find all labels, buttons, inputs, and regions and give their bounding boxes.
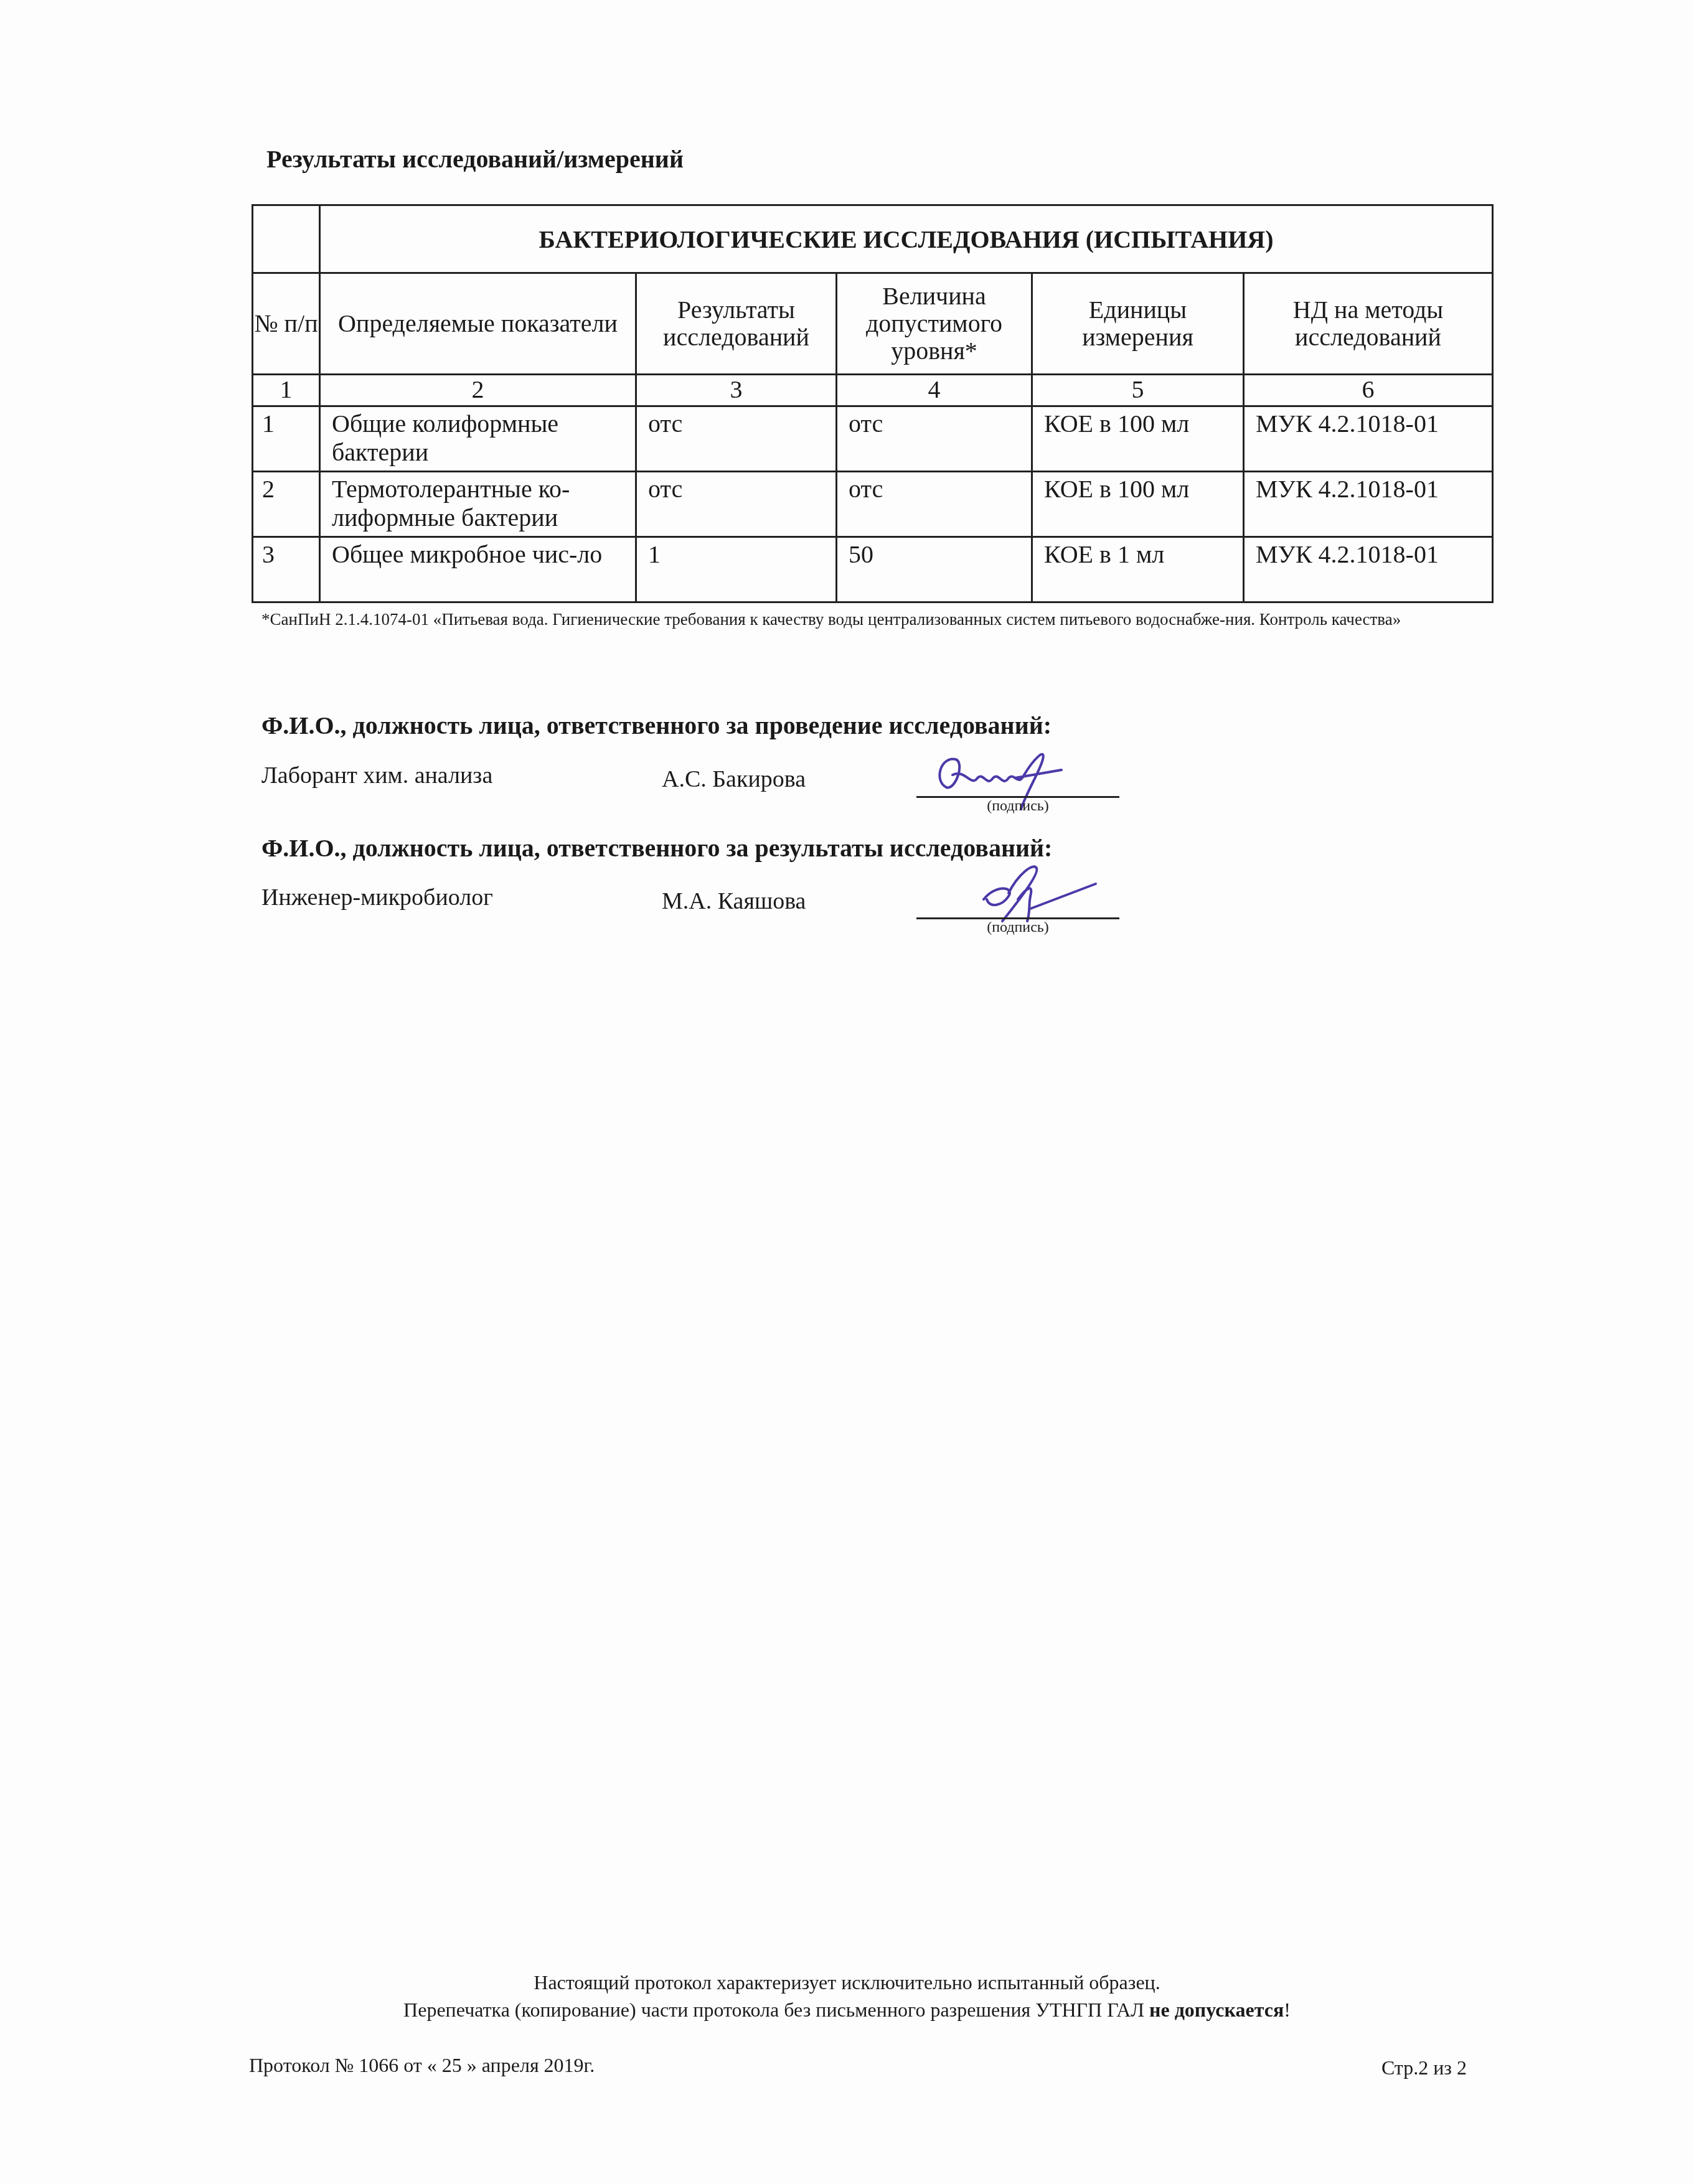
signature-caption: (подпись) xyxy=(916,798,1119,815)
row-method: МУК 4.2.1018-01 xyxy=(1244,537,1493,602)
responsible-results-name: М.А. Каяшова xyxy=(662,888,806,915)
responsible-conduct-name: А.С. Бакирова xyxy=(662,766,806,793)
page-number: Стр.2 из 2 xyxy=(1381,2056,1467,2079)
banner-empty-cell xyxy=(253,205,320,273)
row-indicator: Термотолерантные ко-лиформные бактерии xyxy=(320,472,636,537)
signature-caption: (подпись) xyxy=(916,919,1119,936)
header-method: НД на методы исследований xyxy=(1244,273,1493,375)
row-result: отс xyxy=(636,472,837,537)
row-method: МУК 4.2.1018-01 xyxy=(1244,472,1493,537)
row-limit: 50 xyxy=(837,537,1032,602)
header-indicator: Определяемые показатели xyxy=(320,273,636,375)
row-unit: КОЕ в 100 мл xyxy=(1032,406,1244,472)
table-row: 1 Общие колиформные бактерии отс отс КОЕ… xyxy=(253,406,1493,472)
row-result: 1 xyxy=(636,537,837,602)
table-row: 3 Общее микробное чис-ло 1 50 КОЕ в 1 мл… xyxy=(253,537,1493,602)
row-limit: отс xyxy=(837,406,1032,472)
responsible-conduct-title: Ф.И.О., должность лица, ответственного з… xyxy=(261,711,1052,740)
responsible-results-title: Ф.И.О., должность лица, ответственного з… xyxy=(261,833,1052,863)
column-number: 1 xyxy=(253,375,320,406)
row-unit: КОЕ в 100 мл xyxy=(1032,472,1244,537)
row-method: МУК 4.2.1018-01 xyxy=(1244,406,1493,472)
notice-line-2: Перепечатка (копирование) части протокол… xyxy=(0,1996,1694,2023)
results-table: БАКТЕРИОЛОГИЧЕСКИЕ ИССЛЕДОВАНИЯ (ИСПЫТАН… xyxy=(252,204,1494,603)
row-num: 2 xyxy=(253,472,320,537)
signature-icon xyxy=(971,862,1108,924)
row-num: 1 xyxy=(253,406,320,472)
table-row: 2 Термотолерантные ко-лиформные бактерии… xyxy=(253,472,1493,537)
header-unit: Единицы измерения xyxy=(1032,273,1244,375)
header-num: № п/п xyxy=(253,273,320,375)
column-number: 3 xyxy=(636,375,837,406)
column-number: 2 xyxy=(320,375,636,406)
notice-line-2-text: Перепечатка (копирование) части протокол… xyxy=(403,1999,1149,2021)
header-limit: Величина допустимого уровня* xyxy=(837,273,1032,375)
row-indicator: Общее микробное чис-ло xyxy=(320,537,636,602)
footnote: *СанПиН 2.1.4.1074-01 «Питьевая вода. Ги… xyxy=(261,609,1482,630)
column-number: 5 xyxy=(1032,375,1244,406)
responsible-conduct-position: Лаборант хим. анализа xyxy=(261,762,492,789)
notice-line-2-bold: не допускается xyxy=(1149,1999,1284,2021)
row-result: отс xyxy=(636,406,837,472)
section-title: Результаты исследований/измерений xyxy=(266,144,684,174)
protocol-number: Протокол № 1066 от « 25 » апреля 2019г. xyxy=(249,2054,595,2077)
table-banner: БАКТЕРИОЛОГИЧЕСКИЕ ИССЛЕДОВАНИЯ (ИСПЫТАН… xyxy=(320,205,1493,273)
responsible-results-position: Инженер-микробиолог xyxy=(261,884,493,911)
row-limit: отс xyxy=(837,472,1032,537)
row-indicator: Общие колиформные бактерии xyxy=(320,406,636,472)
row-unit: КОЕ в 1 мл xyxy=(1032,537,1244,602)
column-number: 4 xyxy=(837,375,1032,406)
notice-line-1: Настоящий протокол характеризует исключи… xyxy=(0,1969,1694,1996)
notice-line-2-suffix: ! xyxy=(1284,1999,1291,2021)
header-result: Результаты исследований xyxy=(636,273,837,375)
column-number: 6 xyxy=(1244,375,1493,406)
row-num: 3 xyxy=(253,537,320,602)
